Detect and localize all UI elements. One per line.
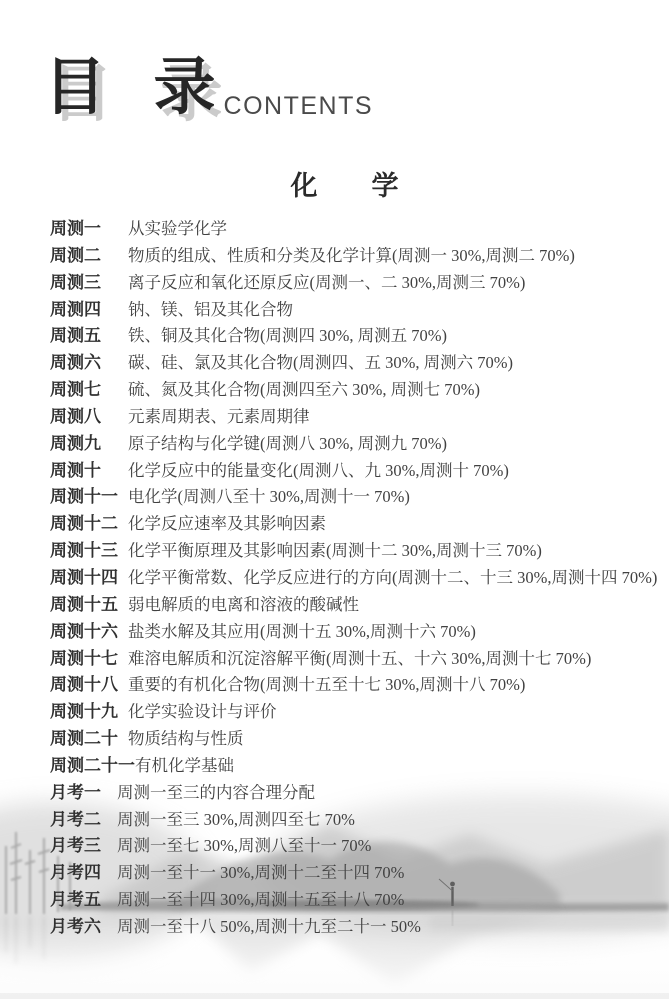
toc-row-text: 周测一至七 30%,周测八至十一 70% <box>117 833 371 860</box>
toc-row-text: 化学实验设计与评价 <box>128 699 277 726</box>
toc-row-label: 周测四 <box>50 297 128 324</box>
toc-row: 周测十九 化学实验设计与评价 <box>50 699 657 726</box>
toc-row-text: 物质的组成、性质和分类及化学计算(周测一 30%,周测二 70%) <box>128 243 575 270</box>
toc-row-text: 离子反应和氧化还原反应(周测一、二 30%,周测三 70%) <box>128 270 525 297</box>
toc-row: 月考五 周测一至十四 30%,周测十五至十八 70% <box>50 887 657 914</box>
toc-row-label: 月考三 <box>50 833 117 860</box>
toc-row-label: 周测七 <box>50 377 128 404</box>
toc-row-label: 月考二 <box>50 807 117 834</box>
toc-row-text: 化学反应速率及其影响因素 <box>128 511 326 538</box>
toc-list: 周测一 从实验学化学 周测二 物质的组成、性质和分类及化学计算(周测一 30%,… <box>50 216 657 941</box>
toc-row: 周测十八 重要的有机化合物(周测十五至十七 30%,周测十八 70%) <box>50 672 657 699</box>
page-header: 目 录 CONTENTS <box>44 54 373 122</box>
toc-row-text: 周测一至十四 30%,周测十五至十八 70% <box>117 887 404 914</box>
toc-row: 周测十五 弱电解质的电离和溶液的酸碱性 <box>50 592 657 619</box>
toc-row-text: 化学平衡常数、化学反应进行的方向(周测十二、十三 30%,周测十四 70%) <box>128 565 657 592</box>
toc-row-text: 物质结构与性质 <box>128 726 244 753</box>
toc-row-label: 周测十九 <box>50 699 128 726</box>
toc-row: 周测五 铁、铜及其化合物(周测四 30%, 周测五 70%) <box>50 323 657 350</box>
toc-row-label: 周测二十一 <box>50 753 135 780</box>
toc-row: 周测九 原子结构与化学键(周测八 30%, 周测九 70%) <box>50 431 657 458</box>
toc-row-label: 周测一 <box>50 216 128 243</box>
toc-row-label: 周测十一 <box>50 484 128 511</box>
toc-row: 周测二 物质的组成、性质和分类及化学计算(周测一 30%,周测二 70%) <box>50 243 657 270</box>
bottom-gray-edge <box>0 993 669 999</box>
toc-row-label: 周测三 <box>50 270 128 297</box>
toc-row: 月考三 周测一至七 30%,周测八至十一 70% <box>50 833 657 860</box>
toc-row-text: 硫、氮及其化合物(周测四至六 30%, 周测七 70%) <box>128 377 480 404</box>
toc-row-label: 月考六 <box>50 914 117 941</box>
toc-row-label: 周测十 <box>50 458 128 485</box>
toc-row-text: 铁、铜及其化合物(周测四 30%, 周测五 70%) <box>128 323 447 350</box>
toc-row-label: 周测六 <box>50 350 128 377</box>
toc-row-label: 周测十三 <box>50 538 128 565</box>
toc-row-text: 化学平衡原理及其影响因素(周测十二 30%,周测十三 70%) <box>128 538 542 565</box>
toc-row: 周测十四 化学平衡常数、化学反应进行的方向(周测十二、十三 30%,周测十四 7… <box>50 565 657 592</box>
toc-row: 周测十二 化学反应速率及其影响因素 <box>50 511 657 538</box>
toc-row-text: 碳、硅、氯及其化合物(周测四、五 30%, 周测六 70%) <box>128 350 513 377</box>
toc-row-text: 弱电解质的电离和溶液的酸碱性 <box>128 592 359 619</box>
toc-page: 目 录 CONTENTS 化 学 周测一 从实验学化学 周测二 物质的组成、性质… <box>0 0 669 999</box>
toc-row-text: 盐类水解及其应用(周测十五 30%,周测十六 70%) <box>128 619 476 646</box>
toc-row-text: 电化学(周测八至十 30%,周测十一 70%) <box>128 484 410 511</box>
page-title-zh: 目 录 <box>44 54 232 122</box>
toc-row: 周测十 化学反应中的能量变化(周测八、九 30%,周测十 70%) <box>50 458 657 485</box>
toc-row: 周测六 碳、硅、氯及其化合物(周测四、五 30%, 周测六 70%) <box>50 350 657 377</box>
toc-row: 月考六 周测一至十八 50%,周测十九至二十一 50% <box>50 914 657 941</box>
toc-row-label: 周测十五 <box>50 592 128 619</box>
toc-row: 月考四 周测一至十一 30%,周测十二至十四 70% <box>50 860 657 887</box>
toc-row-label: 周测十七 <box>50 646 128 673</box>
toc-row-text: 原子结构与化学键(周测八 30%, 周测九 70%) <box>128 431 447 458</box>
toc-row: 周测十七 难溶电解质和沉淀溶解平衡(周测十五、十六 30%,周测十七 70%) <box>50 646 657 673</box>
toc-row-text: 难溶电解质和沉淀溶解平衡(周测十五、十六 30%,周测十七 70%) <box>128 646 591 673</box>
toc-row-label: 月考五 <box>50 887 117 914</box>
toc-row-label: 周测五 <box>50 323 128 350</box>
toc-row-label: 周测十四 <box>50 565 128 592</box>
toc-row: 周测十三 化学平衡原理及其影响因素(周测十二 30%,周测十三 70%) <box>50 538 657 565</box>
page-title-en: CONTENTS <box>224 94 374 122</box>
toc-row: 周测四 钠、镁、铝及其化合物 <box>50 297 657 324</box>
toc-row-text: 周测一至十一 30%,周测十二至十四 70% <box>117 860 404 887</box>
toc-row-label: 周测九 <box>50 431 128 458</box>
toc-row-text: 周测一至十八 50%,周测十九至二十一 50% <box>117 914 421 941</box>
toc-row: 周测二十 物质结构与性质 <box>50 726 657 753</box>
toc-row-label: 周测十二 <box>50 511 128 538</box>
toc-row: 周测三 离子反应和氧化还原反应(周测一、二 30%,周测三 70%) <box>50 270 657 297</box>
toc-row: 周测十六 盐类水解及其应用(周测十五 30%,周测十六 70%) <box>50 619 657 646</box>
toc-row: 周测二十一 有机化学基础 <box>50 753 657 780</box>
toc-row-label: 周测十六 <box>50 619 128 646</box>
toc-row-text: 周测一至三 30%,周测四至七 70% <box>117 807 355 834</box>
toc-row-label: 月考四 <box>50 860 117 887</box>
toc-row: 周测八 元素周期表、元素周期律 <box>50 404 657 431</box>
toc-row-label: 月考一 <box>50 780 117 807</box>
toc-row: 周测十一 电化学(周测八至十 30%,周测十一 70%) <box>50 484 657 511</box>
toc-row-text: 元素周期表、元素周期律 <box>128 404 310 431</box>
toc-row-label: 周测二 <box>50 243 128 270</box>
toc-row: 周测一 从实验学化学 <box>50 216 657 243</box>
toc-row-label: 周测八 <box>50 404 128 431</box>
toc-row-text: 有机化学基础 <box>135 753 234 780</box>
toc-row-text: 从实验学化学 <box>128 216 227 243</box>
toc-row: 周测七 硫、氮及其化合物(周测四至六 30%, 周测七 70%) <box>50 377 657 404</box>
toc-row-text: 周测一至三的内容合理分配 <box>117 780 315 807</box>
toc-row-text: 重要的有机化合物(周测十五至十七 30%,周测十八 70%) <box>128 672 525 699</box>
toc-row: 月考二 周测一至三 30%,周测四至七 70% <box>50 807 657 834</box>
toc-row-text: 化学反应中的能量变化(周测八、九 30%,周测十 70%) <box>128 458 509 485</box>
toc-row-label: 周测十八 <box>50 672 128 699</box>
toc-row-text: 钠、镁、铝及其化合物 <box>128 297 293 324</box>
section-title: 化 学 <box>10 164 669 203</box>
toc-row-label: 周测二十 <box>50 726 128 753</box>
toc-row: 月考一 周测一至三的内容合理分配 <box>50 780 657 807</box>
